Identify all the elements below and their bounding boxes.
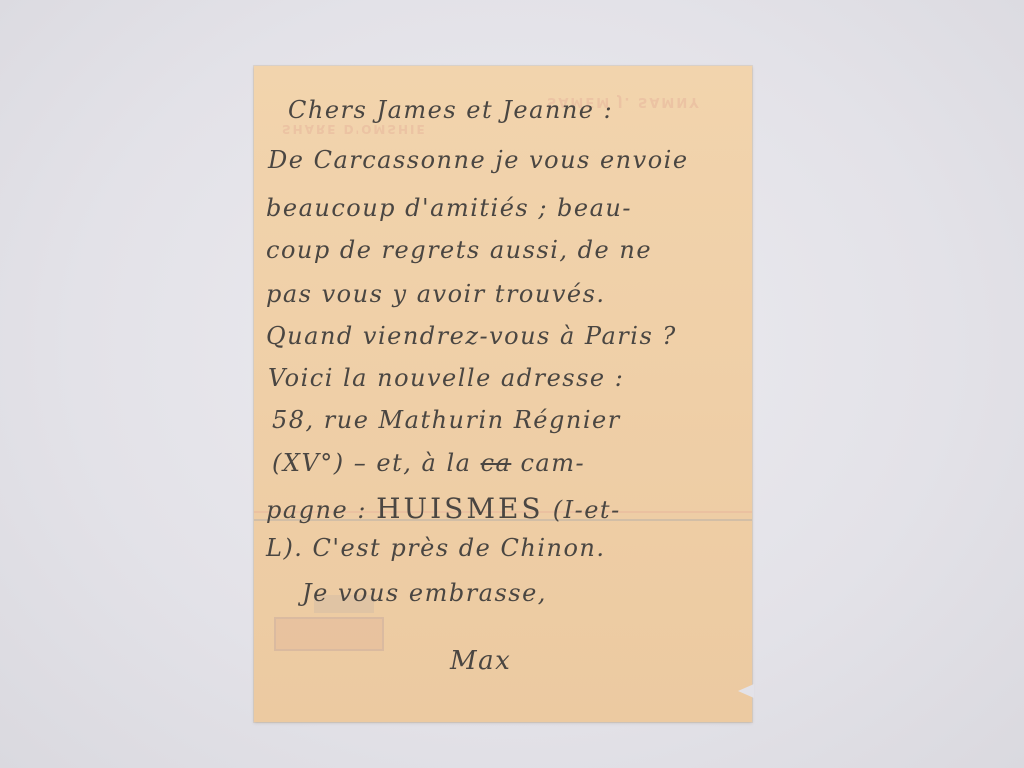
letter-page: SAMEM J. SAMNY SHARE D'OMSHIE Chers Jame… <box>254 66 752 722</box>
body-line-4: pas vous y avoir trouvés. <box>266 280 606 308</box>
body-line-10: L). C'est près de Chinon. <box>266 534 605 562</box>
body-line-9: pagne : HUISMES (I-et- <box>266 492 621 525</box>
body-line-8-text: (XV°) – et, à la <box>272 449 471 477</box>
salutation: Chers James et Jeanne : <box>288 96 613 124</box>
place-name: HUISMES <box>376 492 544 525</box>
body-line-2: beaucoup d'amitiés ; beau- <box>266 194 632 222</box>
body-line-1: De Carcassonne je vous envoie <box>268 146 689 174</box>
body-line-8: (XV°) – et, à la ca cam- <box>272 449 585 477</box>
body-line-9-text: pagne : <box>266 496 367 524</box>
body-line-8-tail: cam- <box>520 449 585 477</box>
stamp-top <box>274 617 384 651</box>
body-line-7: 58, rue Mathurin Régnier <box>272 406 621 434</box>
body-line-3: coup de regrets aussi, de ne <box>266 236 652 264</box>
body-line-5: Quand viendrez-vous à Paris ? <box>266 322 677 350</box>
torn-edge <box>738 684 754 698</box>
letterhead-faint-2: SHARE D'OMSHIE <box>282 122 427 136</box>
place-suffix: (I-et- <box>553 496 621 524</box>
closing: Je vous embrasse, <box>302 579 547 607</box>
body-line-6: Voici la nouvelle adresse : <box>268 364 624 392</box>
signature: Max <box>450 646 511 676</box>
struck-word: ca <box>481 449 512 477</box>
